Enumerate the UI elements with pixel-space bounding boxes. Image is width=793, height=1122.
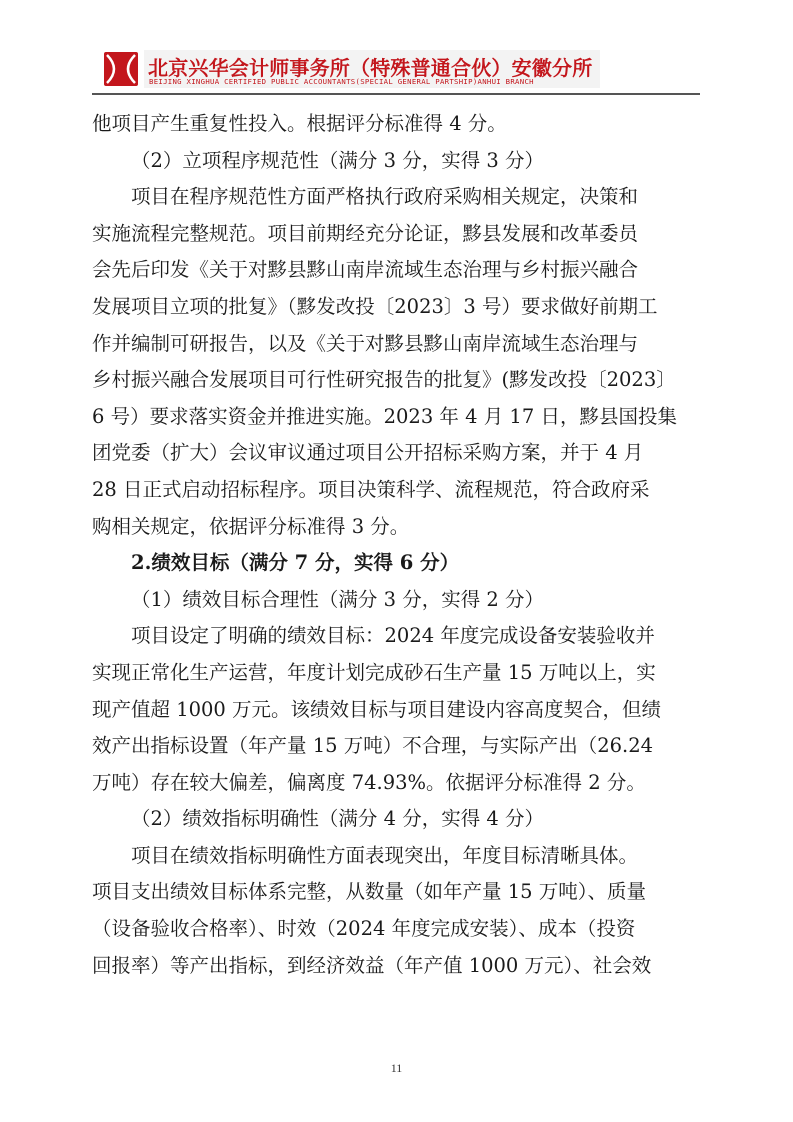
paragraph-line: 项目支出绩效目标体系完整，从数量（如年产量 15 万吨）、质量 xyxy=(92,874,704,911)
paragraph-line: 购相关规定，依据评分标准得 3 分。 xyxy=(92,509,704,546)
paragraph-line: 项目设定了明确的绩效目标：2024 年度完成设备安装验收并 xyxy=(92,618,704,655)
paragraph-line: 作并编制可研报告，以及《关于对黟县黟山南岸流域生态治理与 xyxy=(92,326,704,363)
firm-name-en: BEIJING XINGHUA CERTIFIED PUBLIC ACCOUNT… xyxy=(149,77,534,86)
paragraph-line: 回报率）等产出指标，到经济效益（年产值 1000 万元）、社会效 xyxy=(92,948,704,985)
document-body: 他项目产生重复性投入。根据评分标准得 4 分。 （2）立项程序规范性（满分 3 … xyxy=(92,106,704,984)
subsection-heading: （2）绩效指标明确性（满分 4 分，实得 4 分） xyxy=(92,801,704,838)
paragraph-line: 发展项目立项的批复》（黟发改投〔2023〕3 号）要求做好前期工 xyxy=(92,289,704,326)
xinghua-logo-icon xyxy=(104,52,138,86)
paragraph-line: 实现正常化生产运营，年度计划完成砂石生产量 15 万吨以上，实 xyxy=(92,655,704,692)
header-divider xyxy=(92,93,700,95)
page-number: 11 xyxy=(0,1061,793,1076)
paragraph-line: 万吨）存在较大偏差，偏离度 74.93%。依据评分标准得 2 分。 xyxy=(92,765,704,802)
paragraph-line: 实施流程完整规范。项目前期经充分论证，黟县发展和改革委员 xyxy=(92,216,704,253)
subsection-heading: （2）立项程序规范性（满分 3 分，实得 3 分） xyxy=(92,143,704,180)
paragraph-line: 效产出指标设置（年产量 15 万吨）不合理，与实际产出（26.24 xyxy=(92,728,704,765)
paragraph-line: （设备验收合格率）、时效（2024 年度完成安装）、成本（投资 xyxy=(92,911,704,948)
paragraph-line: 会先后印发《关于对黟县黟山南岸流域生态治理与乡村振兴融合 xyxy=(92,252,704,289)
paragraph-line: 团党委（扩大）会议审议通过项目公开招标采购方案，并于 4 月 xyxy=(92,435,704,472)
subsection-heading: （1）绩效目标合理性（满分 3 分，实得 2 分） xyxy=(92,582,704,619)
paragraph-line: 28 日正式启动招标程序。项目决策科学、流程规范，符合政府采 xyxy=(92,472,704,509)
paragraph-line: 他项目产生重复性投入。根据评分标准得 4 分。 xyxy=(92,106,704,143)
paragraph-line: 乡村振兴融合发展项目可行性研究报告的批复》(黟发改投〔2023〕 xyxy=(92,362,704,399)
section-heading: 2.绩效目标（满分 7 分，实得 6 分） xyxy=(92,545,704,582)
paragraph-line: 项目在程序规范性方面严格执行政府采购相关规定，决策和 xyxy=(92,179,704,216)
paragraph-line: 6 号）要求落实资金并推进实施。2023 年 4 月 17 日，黟县国投集 xyxy=(92,399,704,436)
paragraph-line: 现产值超 1000 万元。该绩效目标与项目建设内容高度契合，但绩 xyxy=(92,692,704,729)
letterhead: 北京兴华会计师事务所（特殊普通合伙）安徽分所 BEIJING XINGHUA C… xyxy=(104,50,600,90)
paragraph-line: 项目在绩效指标明确性方面表现突出，年度目标清晰具体。 xyxy=(92,838,704,875)
